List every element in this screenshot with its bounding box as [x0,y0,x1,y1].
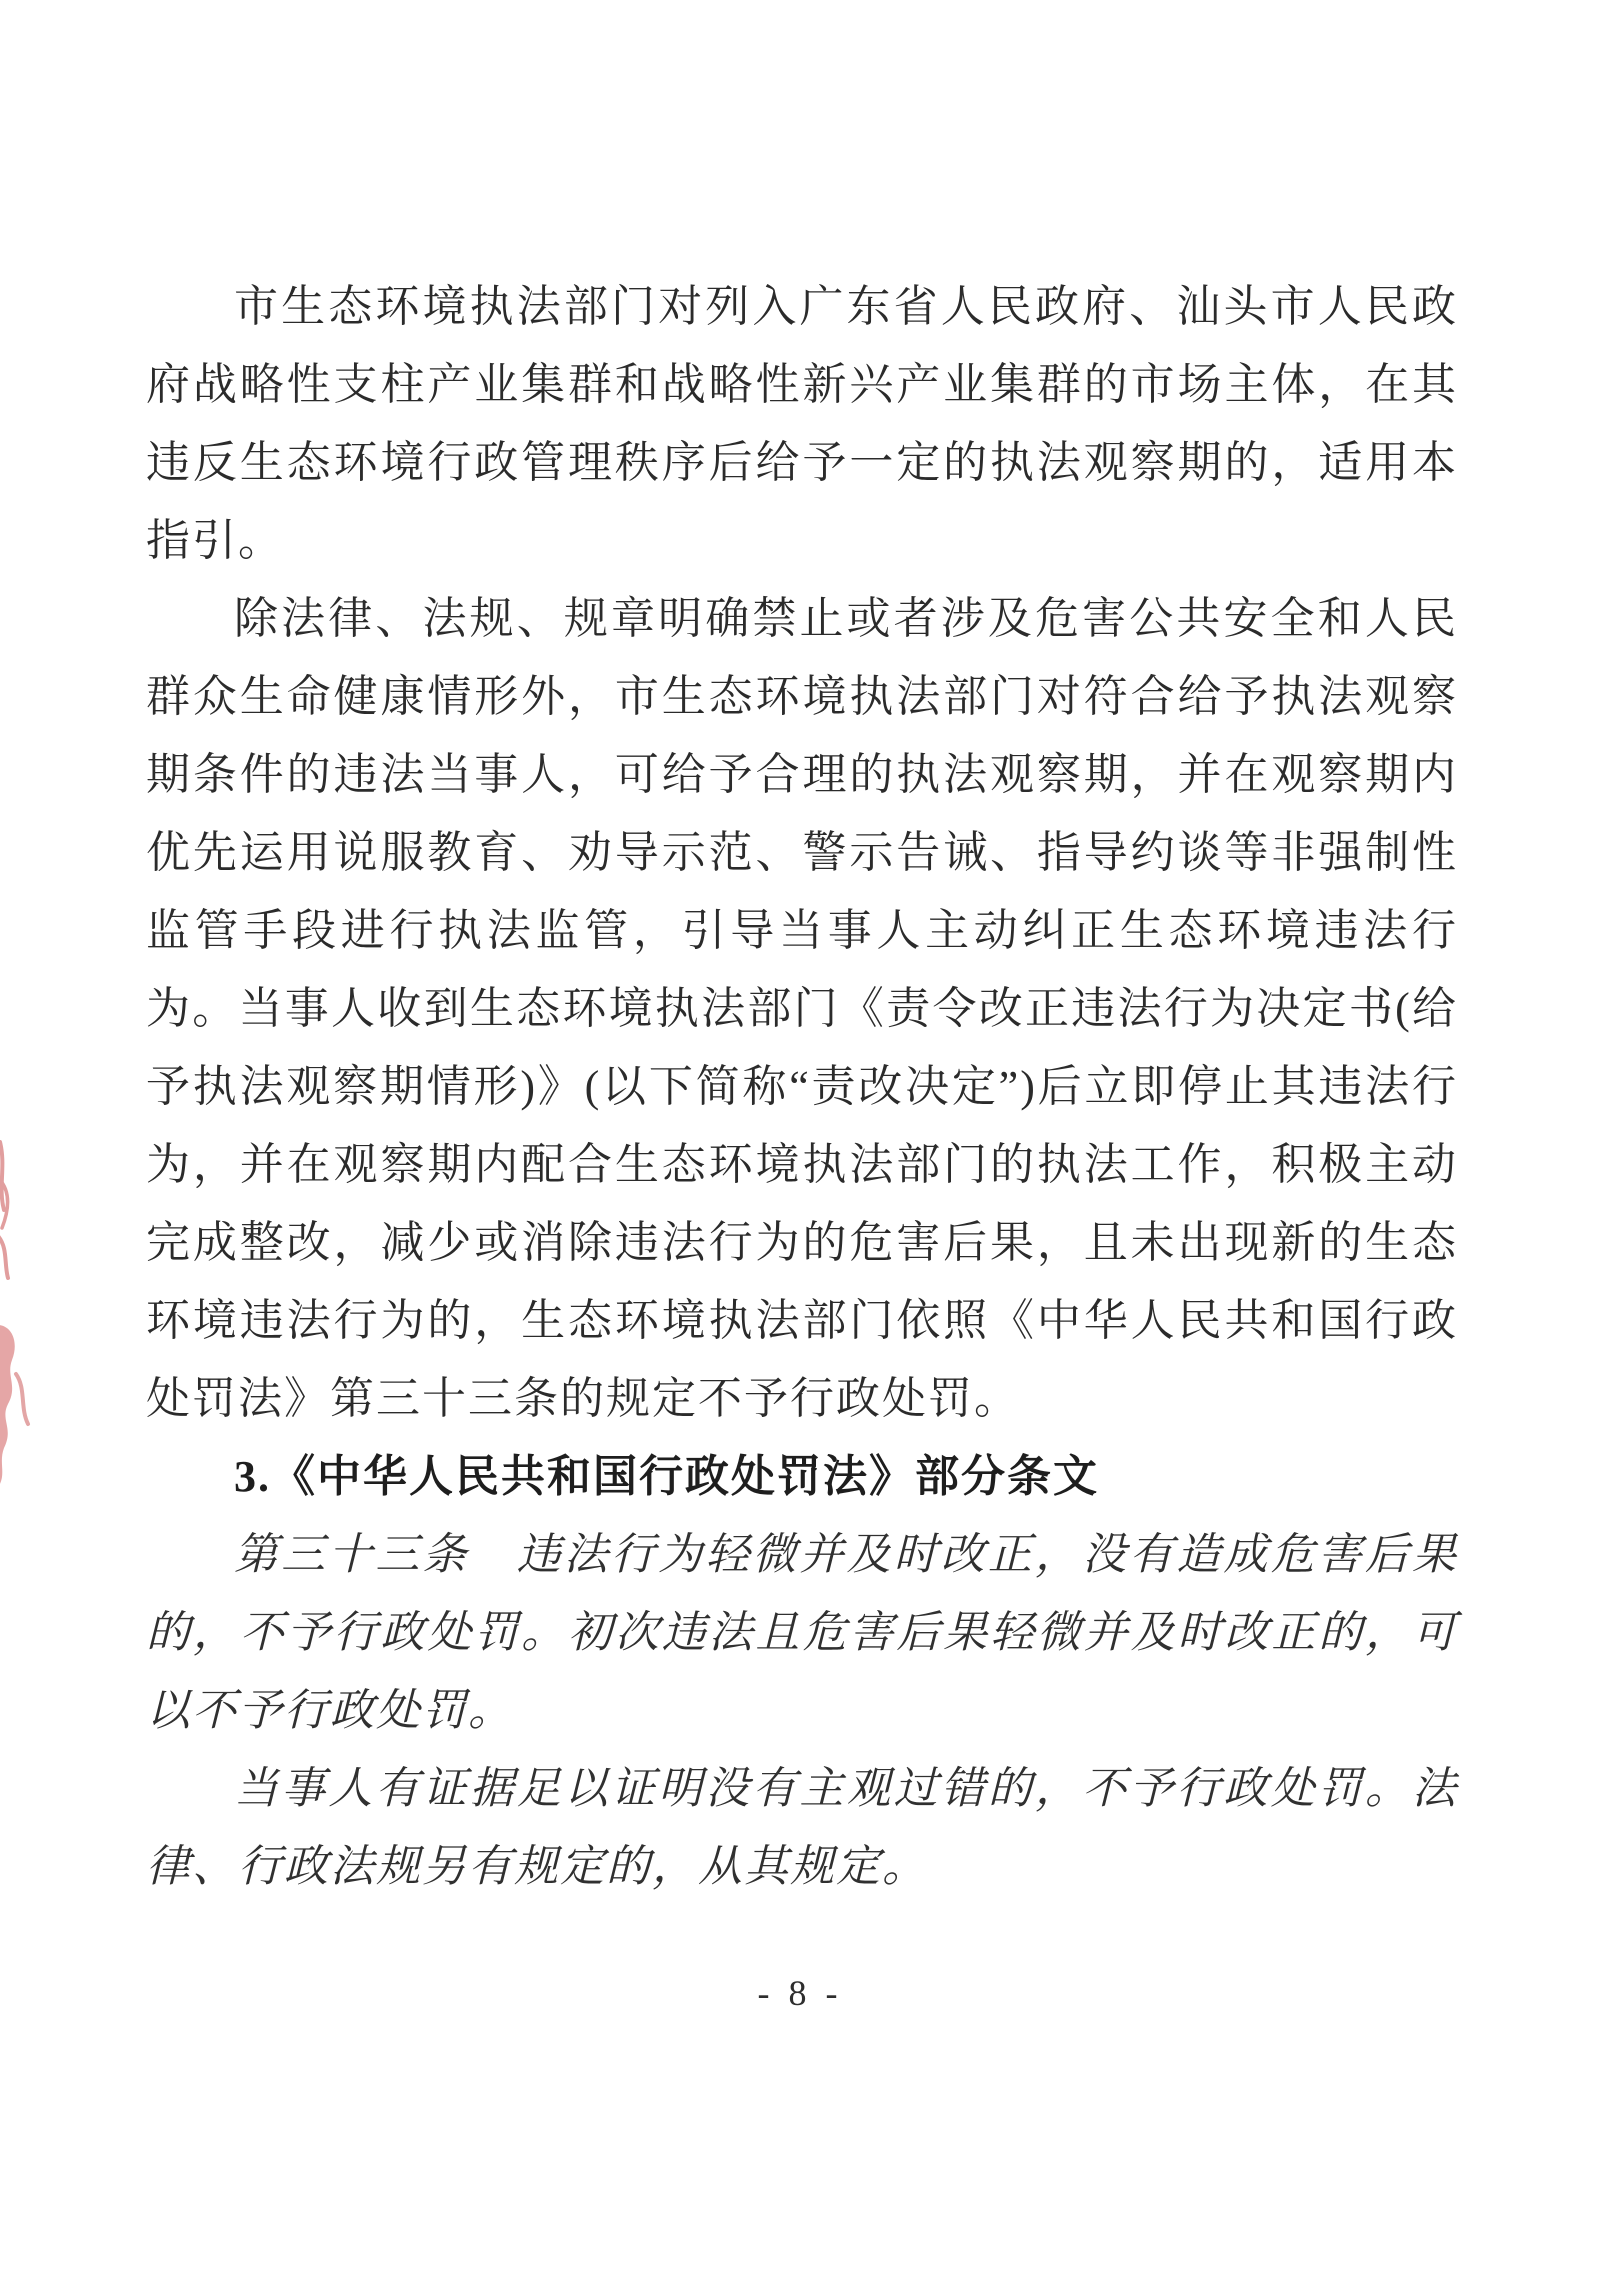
scanned-document-page: 市生态环境执法部门对列入广东省人民政府、汕头市人民政府战略性支柱产业集群和战略性… [0,0,1600,2278]
section-heading-law-excerpt: 3.《中华人民共和国行政处罚法》部分条文 [146,1438,1458,1516]
law-article-33-paragraph-2: 当事人有证据足以证明没有主观过错的，不予行政处罚。法律、行政法规另有规定的，从其… [146,1750,1458,1906]
page-number: - 8 - [0,1972,1600,2014]
red-stamp-fragment-lower [0,1316,38,1492]
red-stamp-fragment-upper [0,1136,28,1282]
paragraph-applicability: 市生态环境执法部门对列入广东省人民政府、汕头市人民政府战略性支柱产业集群和战略性… [146,268,1458,580]
document-body: 市生态环境执法部门对列入广东省人民政府、汕头市人民政府战略性支柱产业集群和战略性… [146,268,1458,1906]
paragraph-observation-period-rules: 除法律、法规、规章明确禁止或者涉及危害公共安全和人民群众生命健康情形外，市生态环… [146,580,1458,1438]
law-article-33-paragraph-1: 第三十三条 违法行为轻微并及时改正，没有造成危害后果的，不予行政处罚。初次违法且… [146,1516,1458,1750]
